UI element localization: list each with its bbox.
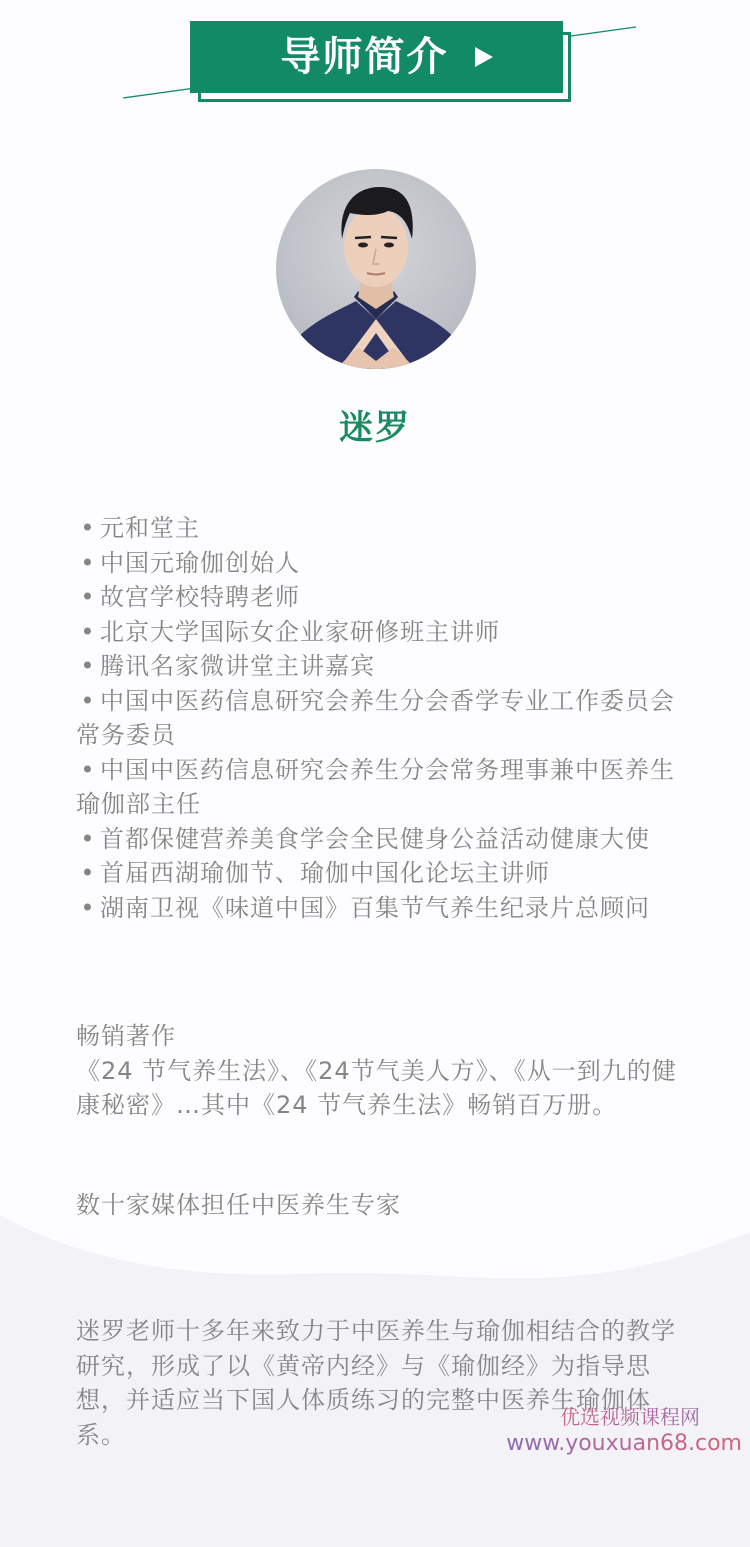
list-item: •故宫学校特聘老师 (76, 580, 681, 615)
media-note: 数十家媒体担任中医养生专家 (76, 1188, 681, 1223)
list-item: •首都保健营养美食学会全民健身公益活动健康大使 (76, 822, 681, 857)
list-item: •中国中医药信息研究会养生分会香学专业工作委员会常务委员 (76, 684, 681, 753)
list-item: •首届西湖瑜伽节、瑜伽中国化论坛主讲师 (76, 856, 681, 891)
list-item: •腾讯名家微讲堂主讲嘉宾 (76, 649, 681, 684)
header-banner: 导师简介 (190, 21, 563, 93)
section-title: 导师简介 (281, 37, 449, 77)
watermark-url: www.youxuan68.com (506, 1430, 742, 1458)
bullet-dot: • (76, 822, 100, 857)
bullet-dot: • (76, 546, 100, 581)
portrait-icon (276, 169, 476, 369)
bullet-dot: • (76, 511, 100, 546)
list-item: •北京大学国际女企业家研修班主讲师 (76, 615, 681, 650)
watermark: 优选视频课程网 www.youxuan68.com (506, 1404, 742, 1458)
bestsellers-text: 《24 节气养生法》、《24节气美人方》、《从一到九的健康秘密》…其中《24 节… (76, 1054, 681, 1123)
bullet-dot: • (76, 856, 100, 891)
list-item: •元和堂主 (76, 511, 681, 546)
list-item: •中国元瑜伽创始人 (76, 546, 681, 581)
watermark-site-name: 优选视频课程网 (506, 1404, 742, 1430)
bestsellers-section: 畅销著作 《24 节气养生法》、《24节气美人方》、《从一到九的健康秘密》…其中… (76, 1019, 681, 1123)
instructor-name: 迷罗 (0, 400, 750, 449)
section-header: 导师简介 (0, 0, 750, 120)
play-triangle-icon (475, 47, 493, 67)
bullet-dot: • (76, 891, 100, 926)
list-item: •中国中医药信息研究会养生分会常务理事兼中医养生瑜伽部主任 (76, 753, 681, 822)
titles-list: •元和堂主 •中国元瑜伽创始人 •故宫学校特聘老师 •北京大学国际女企业家研修班… (76, 511, 681, 925)
bullet-dot: • (76, 649, 100, 684)
bullet-dot: • (76, 684, 100, 719)
instructor-avatar (276, 169, 476, 369)
list-item: •湖南卫视《味道中国》百集节气养生纪录片总顾问 (76, 891, 681, 926)
bullet-dot: • (76, 580, 100, 615)
bullet-dot: • (76, 615, 100, 650)
bestsellers-heading: 畅销著作 (76, 1019, 681, 1054)
bullet-dot: • (76, 753, 100, 788)
